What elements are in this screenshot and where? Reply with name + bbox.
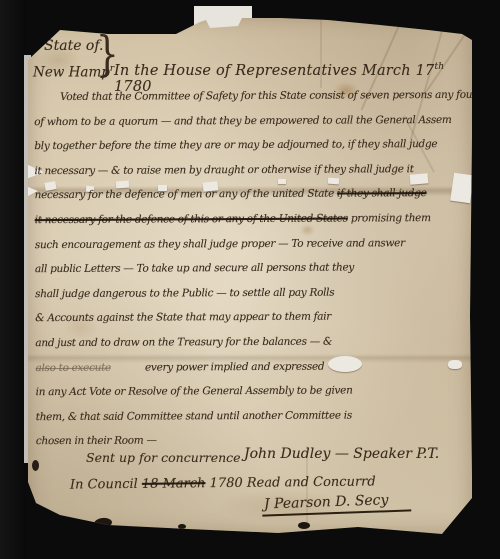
ink-blot — [298, 522, 310, 529]
photo-frame: State of. } New Hampr In the House of Re… — [0, 0, 500, 559]
session-text: In the House of Representatives March 17 — [114, 63, 434, 79]
ink-blot — [178, 524, 186, 529]
manuscript-line: and just and to draw on the Treasury for… — [35, 329, 471, 356]
manuscript-text: it necessary — & to raise men by draught… — [34, 163, 413, 177]
manuscript-text: & Accounts against the State that may ap… — [35, 311, 331, 325]
manuscript-line: shall judge dangerous to the Public — to… — [35, 280, 471, 307]
manuscript-line: of whom to be a quorum — and that they b… — [34, 107, 470, 134]
sent-up-label: Sent up for concurrence — [86, 450, 241, 465]
manuscript-text: Voted that the Committee of Safety for t… — [60, 89, 477, 103]
manuscript-text: shall judge dangerous to the Public — to… — [35, 286, 334, 300]
state-of-label: State of. — [44, 38, 104, 54]
council-struck-date: 18 March — [142, 476, 206, 492]
manuscript-line: it necessary — & to raise men by draught… — [34, 157, 470, 184]
manuscript-text: every power implied and expressed — [145, 360, 324, 373]
province-text: New Hamp — [33, 65, 110, 81]
manuscript-line: all public Letters — To take up and secu… — [35, 255, 471, 282]
manuscript-line: in any Act Vote or Resolve of the Genera… — [36, 378, 472, 405]
council-line: In Council 18 March 1780 Read and Concur… — [70, 474, 376, 492]
manuscript-text: bly together before the time they are or… — [34, 138, 437, 152]
photo-left-shadow — [0, 0, 26, 559]
date-superscript: th — [434, 62, 444, 72]
manuscript-line: it necessary for the defence of this or … — [35, 206, 471, 233]
struck-text: it necessary for the defence of this or … — [35, 212, 348, 226]
ink-blot — [94, 517, 113, 529]
manuscript-text: chosen in their Room — — [36, 435, 157, 448]
secretary-signature: J Pearson D. Secy — [262, 491, 411, 516]
manuscript-text: promising them — [348, 212, 431, 224]
screenshot-root: { "photo": { "background_color": "#0b0b0… — [0, 0, 500, 559]
ink-blot — [32, 460, 39, 471]
manuscript-text: of whom to be a quorum — and that they b… — [34, 114, 451, 128]
manuscript-paper: State of. } New Hampr In the House of Re… — [28, 16, 472, 534]
manuscript-line: also to executeevery power implied and e… — [35, 353, 471, 380]
speaker-signature: John Dudley — Speaker P.T. — [244, 446, 439, 462]
manuscript-line: necessary for the defence of men or any … — [35, 181, 471, 208]
manuscript-text: in any Act Vote or Resolve of the Genera… — [36, 385, 353, 399]
manuscript-line: & Accounts against the State that may ap… — [35, 304, 471, 331]
manuscript-line: such encouragement as they shall judge p… — [35, 230, 471, 257]
manuscript-text: and just and to draw on the Treasury for… — [35, 336, 332, 350]
manuscript-text: necessary for the defence of men or any … — [35, 188, 337, 202]
manuscript-text: all public Letters — To take up and secu… — [35, 262, 354, 276]
council-prefix: In Council — [70, 477, 142, 493]
manuscript-line: them, & that said Committee stand until … — [36, 403, 472, 430]
body-lines: Voted that the Committee of Safety for t… — [34, 83, 472, 454]
province-label: New Hampr — [33, 64, 114, 81]
manuscript-line: Voted that the Committee of Safety for t… — [34, 83, 470, 110]
manuscript-text: also to execute — [35, 361, 111, 373]
struck-text: if they shall judge — [337, 187, 427, 199]
council-suffix: 1780 Read and Concurrd — [205, 474, 375, 491]
manuscript-text: them, & that said Committee stand until … — [36, 409, 352, 423]
manuscript-line: bly together before the time they are or… — [34, 132, 470, 159]
manuscript-text: such encouragement as they shall judge p… — [35, 237, 405, 251]
